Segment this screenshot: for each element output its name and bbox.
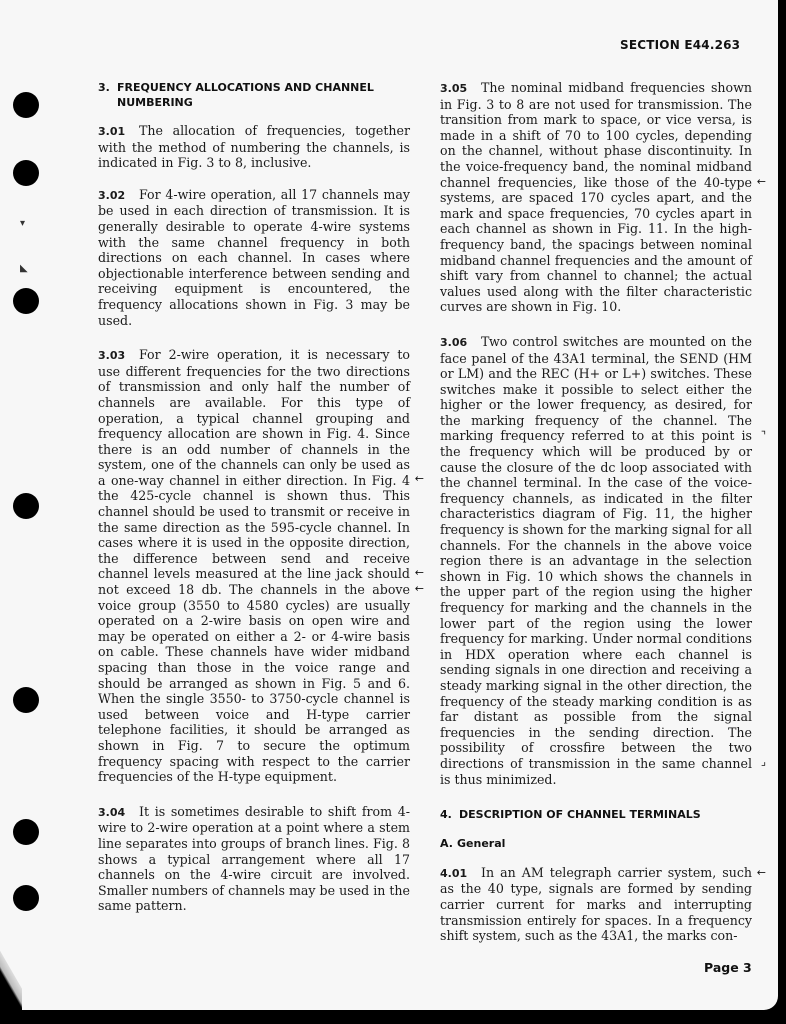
paragraph-number: 3.01 [98, 124, 139, 140]
section-heading-3: 3.FREQUENCY ALLOCATIONS AND CHANNEL NUMB… [98, 80, 410, 110]
paragraph-3-06: 3.06Two control switches are mounted on … [440, 334, 752, 787]
revision-arrow-icon: ← [415, 565, 424, 581]
paragraph-4-01: 4.01In an AM telegraph carrier system, s… [440, 865, 752, 944]
paragraph-number: 3.06 [440, 335, 481, 351]
paragraph-number: 3.02 [98, 188, 139, 204]
left-column: 3.FREQUENCY ALLOCATIONS AND CHANNEL NUMB… [98, 80, 410, 914]
paragraph-text: For 4-wire operation, all 17 channels ma… [98, 187, 410, 328]
paragraph-number: 4.01 [440, 866, 481, 882]
heading-text: DESCRIPTION OF CHANNEL TERMINALS [459, 808, 701, 821]
paragraph-text: Two control switches are mounted on the … [440, 334, 752, 787]
binder-hole [13, 288, 39, 314]
paragraph-number: 3.04 [98, 805, 139, 821]
paragraph-text: The nominal midband frequencies shown in… [440, 80, 752, 314]
section-heading-4: 4.DESCRIPTION OF CHANNEL TERMINALS [440, 807, 752, 822]
paragraph-3-04: 3.04It is sometimes desirable to shift f… [98, 804, 410, 914]
subheading-number: A. [440, 836, 457, 852]
binder-hole [13, 819, 39, 845]
paragraph-3-01: 3.01The allocation of frequencies, toget… [98, 123, 410, 171]
heading-text: FREQUENCY ALLOCATIONS AND CHANNEL NUMBER… [117, 81, 374, 109]
subheading-a: A.General [440, 836, 752, 852]
paragraph-text: For 2-wire operation, it is necessary to… [98, 347, 410, 784]
right-column: 3.05The nominal midband frequencies show… [440, 80, 752, 944]
page-number: Page 3 [704, 960, 752, 975]
revision-bracket-close-icon: ⌟ [761, 754, 766, 770]
paragraph-text: The allocation of frequencies, together … [98, 123, 410, 170]
binder-hole [13, 493, 39, 519]
paragraph-text: It is sometimes desirable to shift from … [98, 804, 410, 914]
revision-arrow-icon: ← [415, 581, 424, 597]
binder-hole [13, 92, 39, 118]
binder-hole [13, 687, 39, 713]
paragraph-3-02: 3.02For 4-wire operation, all 17 channel… [98, 187, 410, 328]
paragraph-3-03: 3.03For 2-wire operation, it is necessar… [98, 347, 410, 785]
heading-number: 3. [98, 80, 117, 95]
section-header: SECTION E44.263 [620, 38, 740, 52]
revision-bracket-open-icon: ⌝ [761, 428, 766, 444]
binder-hole [13, 885, 39, 911]
revision-arrow-icon: ← [757, 865, 766, 881]
paragraph-text: In an AM telegraph carrier system, such … [440, 865, 752, 943]
heading-number: 4. [440, 807, 459, 822]
revision-arrow-icon: ← [415, 471, 424, 487]
paragraph-number: 3.03 [98, 348, 139, 364]
scan-speck: ◣ [20, 263, 28, 274]
scan-speck: ▾ [20, 218, 25, 229]
paragraph-3-05: 3.05The nominal midband frequencies show… [440, 80, 752, 315]
subheading-text: General [457, 837, 505, 850]
revision-arrow-icon: ← [757, 174, 766, 190]
binder-hole [13, 160, 39, 186]
paragraph-number: 3.05 [440, 81, 481, 97]
document-page: ▾ ◣ SECTION E44.263 3.FREQUENCY ALLOCATI… [0, 0, 778, 1010]
